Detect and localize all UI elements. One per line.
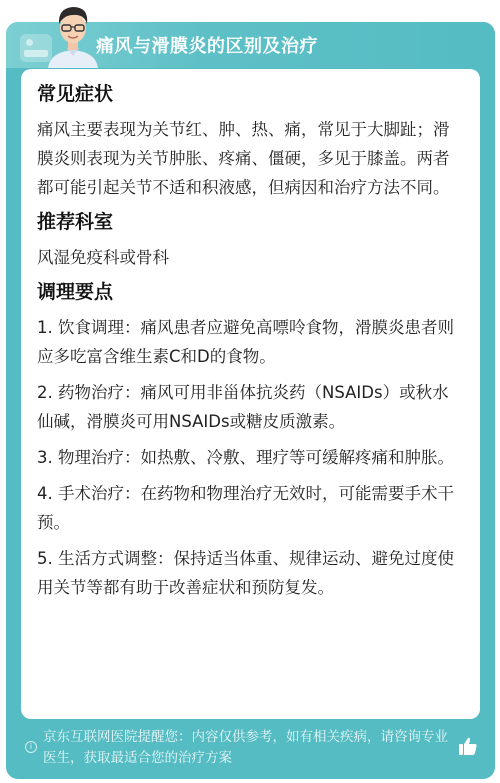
department-text: 风湿免疫科或骨科 (37, 243, 464, 272)
section-title-symptoms: 常见症状 (37, 81, 464, 107)
list-item: 4. 手术治疗：在药物和物理治疗无效时，可能需要手术干预。 (37, 479, 464, 537)
list-item: 1. 饮食调理：痛风患者应避免高嘌呤食物，滑膜炎患者则应多吃富含维生素C和D的食… (37, 313, 464, 371)
list-item: 3. 物理治疗：如热敷、冷敷、理疗等可缓解疼痛和肿胀。 (37, 443, 464, 472)
symptoms-text: 痛风主要表现为关节红、肿、热、痛，常见于大脚趾；滑膜炎则表现为关节肿胀、疼痛、僵… (37, 115, 464, 202)
page-title: 痛风与滑膜炎的区别及治疗 (96, 32, 318, 58)
section-title-department: 推荐科室 (37, 209, 464, 235)
info-icon: i (25, 741, 37, 753)
list-item: 2. 药物治疗：痛风可用非甾体抗炎药（NSAIDs）或秋水仙碱，滑膜炎可用NSA… (37, 378, 464, 436)
section-title-care: 调理要点 (37, 279, 464, 305)
doctor-avatar (42, 0, 104, 68)
info-card: 痛风与滑膜炎的区别及治疗 常见症状 痛风主要表现为关节红、肿、热、痛，常见于大脚… (6, 22, 495, 779)
list-item: 5. 生活方式调整：保持适当体重、规律运动、避免过度使用关节等都有助于改善症状和… (37, 544, 464, 602)
disclaimer-text: 京东互联网医院提醒您：内容仅供参考，如有相关疾病，请咨询专业医生，获取最适合您的… (43, 727, 455, 769)
thumbs-up-icon[interactable] (458, 736, 478, 756)
disclaimer-footer: i 京东互联网医院提醒您：内容仅供参考，如有相关疾病，请咨询专业医生，获取最适合… (21, 725, 480, 775)
content-panel: 常见症状 痛风主要表现为关节红、肿、热、痛，常见于大脚趾；滑膜炎则表现为关节肿胀… (21, 69, 480, 719)
